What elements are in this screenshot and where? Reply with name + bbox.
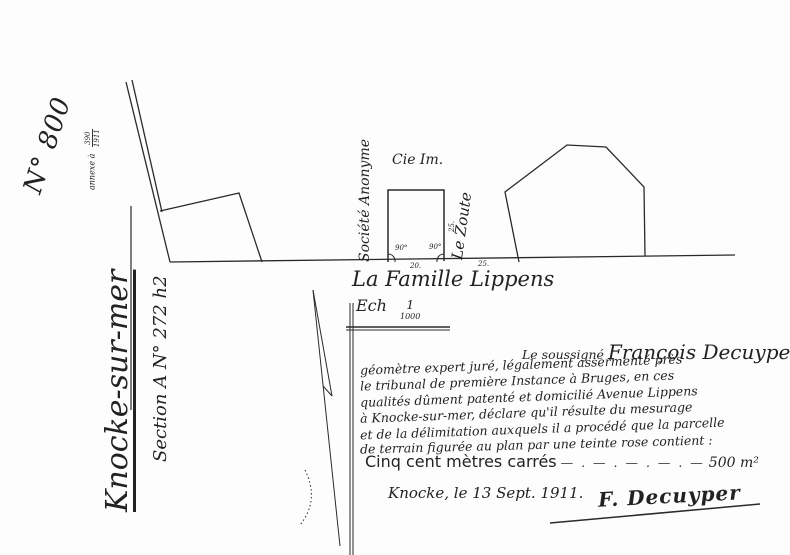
area-statement: Cinq cent mètres carrés — . — . — . — . … [365, 452, 759, 471]
owner-label-bottom: La Famille Lippens [352, 267, 554, 291]
place-and-date: Knocke, le 13 Sept. 1911. [388, 484, 583, 502]
owner-label-top: Cie Im. [392, 152, 443, 168]
annex-numerator: 390 [84, 129, 93, 147]
place-title: Knocke-sur-mer [100, 270, 135, 512]
right-parcel-outline [505, 145, 645, 262]
scale-denominator: 1000 [400, 312, 420, 321]
section-number: Section A N° 272 h2 [150, 275, 171, 462]
annex-denominator: 1911 [93, 129, 101, 147]
area-words: Cinq cent mètres carrés [365, 452, 557, 471]
frontage-dimension: 20. [410, 262, 421, 270]
area-value: 500 m² [709, 455, 759, 471]
angle-left-label: 90° [395, 244, 407, 252]
angle-right-label: 90° [429, 243, 441, 251]
annex-fraction: 390 1911 [84, 129, 101, 147]
scale-label: Ech [356, 296, 387, 315]
area-dash-fill: — . — . — . — . — [561, 455, 705, 470]
scale-fraction: 1 1000 [400, 298, 420, 321]
scale-numerator: 1 [400, 298, 420, 312]
annex-label: annexe à [88, 154, 97, 190]
owner-label-left: Société Anonyme [357, 139, 373, 262]
left-parcel-outline [160, 193, 262, 262]
side-dimension: 25. [448, 221, 456, 232]
survey-document: N° 800 annexe à 390 1911 Knocke-sur-mer … [0, 0, 790, 555]
right-segment-dimension: 25. [478, 260, 489, 268]
annex-note: annexe à 390 1911 [84, 129, 101, 190]
